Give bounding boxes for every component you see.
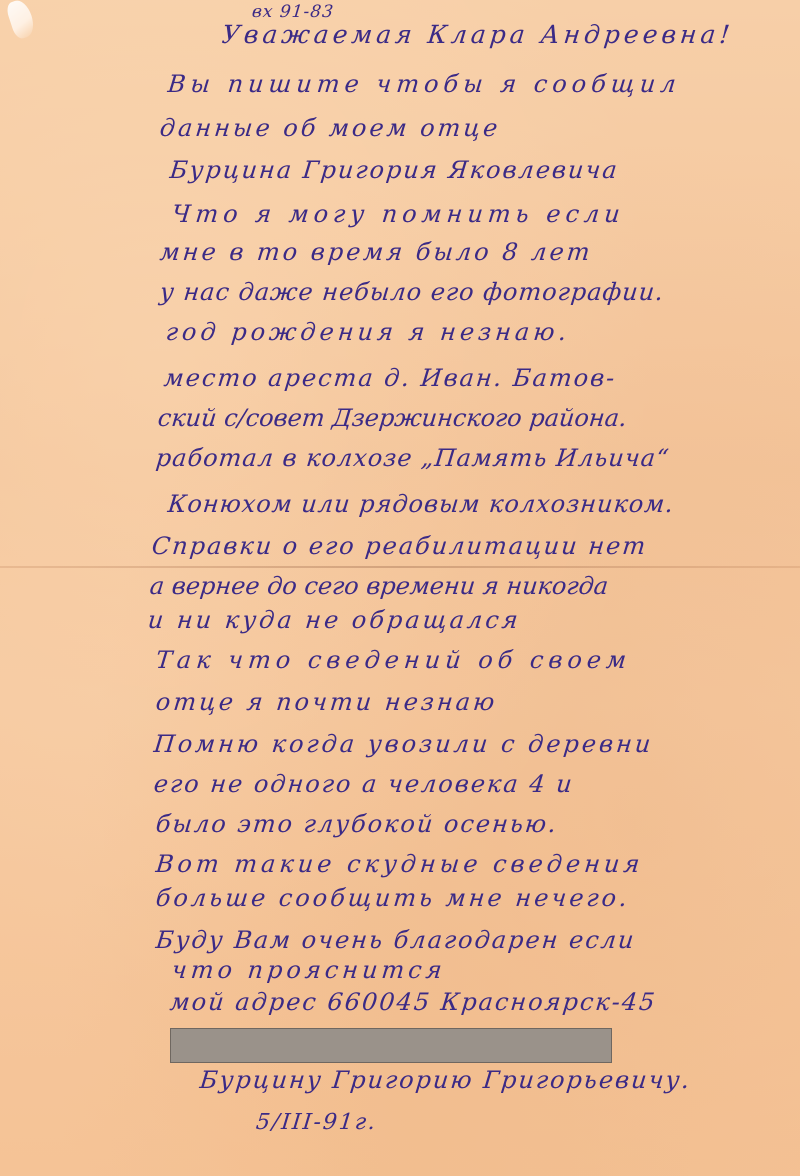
body-line: мне в то время было 8 лет bbox=[159, 240, 594, 264]
body-line: Что я могу помнить если bbox=[171, 202, 626, 226]
body-line: место ареста д. Иван. Батов- bbox=[163, 366, 618, 390]
body-line: его не одного а человека 4 и bbox=[153, 772, 575, 796]
body-line: работал в колхозе „Память Ильича“ bbox=[155, 446, 671, 470]
salutation: Уважаемая Клара Андреевна! bbox=[221, 22, 735, 47]
body-line: год рождения я незнаю. bbox=[165, 320, 572, 344]
body-line: что прояснится bbox=[171, 958, 447, 982]
body-line: у нас даже небыло его фотографии. bbox=[159, 280, 665, 304]
letter-date: 5/III-91г. bbox=[255, 1112, 378, 1134]
paper-tear-mark bbox=[5, 0, 38, 40]
body-line: Буду Вам очень благодарен если bbox=[155, 928, 637, 952]
body-line: Вы пишите чтобы я сообщил bbox=[167, 72, 682, 96]
body-line: Справки о его реабилитации нет bbox=[151, 534, 649, 558]
body-line: Помню когда увозили с деревни bbox=[153, 732, 655, 756]
body-line: ский с/совет Дзержинского района. bbox=[157, 406, 628, 430]
body-line: больше сообщить мне нечего. bbox=[155, 886, 631, 910]
body-line: Конюхом или рядовым колхозником. bbox=[167, 492, 675, 516]
paper-fold-line bbox=[0, 566, 800, 568]
body-line: отце я почти незнаю bbox=[155, 690, 499, 714]
body-line: а вернее до сего времени я никогда bbox=[149, 574, 610, 598]
body-line: было это глубокой осенью. bbox=[155, 812, 559, 836]
body-line: Бурцина Григория Яковлевича bbox=[169, 158, 620, 182]
address-line: мой адрес 660045 Красноярск-45 bbox=[169, 990, 658, 1014]
body-line: Так что сведений об своем bbox=[155, 648, 633, 672]
body-line: данные об моем отце bbox=[159, 116, 502, 140]
body-line: Вот такие скудные сведения bbox=[155, 852, 645, 876]
signature: Бурцину Григорию Григорьевичу. bbox=[199, 1068, 693, 1092]
redaction-box bbox=[170, 1028, 612, 1063]
reference-number: вх 91-83 bbox=[251, 4, 335, 21]
body-line: и ни куда не обращался bbox=[147, 608, 522, 632]
letter-page: вх 91-83 Уважаемая Клара Андреевна! Вы п… bbox=[0, 0, 800, 1176]
